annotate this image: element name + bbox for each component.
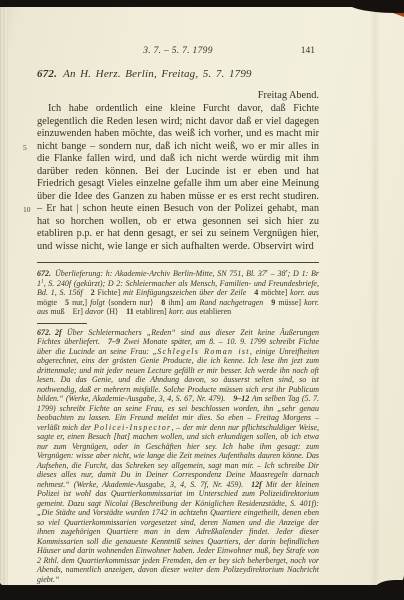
page-number: 141 bbox=[301, 46, 315, 56]
running-header: 3. 7. – 5. 7. 1799 141 bbox=[37, 46, 319, 59]
margin-line-number: 10 bbox=[12, 204, 31, 217]
letter-title: An H. Herz. Berlin, Freitag, 5. 7. 1799 bbox=[63, 68, 252, 80]
page-crease bbox=[370, 7, 380, 585]
page-edge-stack bbox=[0, 7, 8, 585]
letter-number: 672. bbox=[37, 68, 57, 80]
text-block: 3. 7. – 5. 7. 1799 141 672.An H. Herz. B… bbox=[37, 46, 319, 584]
commentary-apparatus: 672. 2f Über Schleiermachers „Reden“ sin… bbox=[37, 328, 319, 585]
letter-body-paragraph: 5 10 Ich habe ordentlich eine kleine Fur… bbox=[37, 103, 319, 253]
header-date-range: 3. 7. – 5. 7. 1799 bbox=[37, 46, 319, 56]
commentary-separator-rule bbox=[37, 323, 87, 324]
letter-dateline: Freitag Abend. bbox=[37, 90, 319, 101]
apparatus-separator-rule bbox=[37, 262, 319, 263]
letter-heading: 672.An H. Herz. Berlin, Freitag, 5. 7. 1… bbox=[37, 68, 319, 80]
margin-line-number: 5 bbox=[12, 142, 27, 155]
text-apparatus: 672. Überlieferung: h: Akademie-Archiv B… bbox=[37, 269, 319, 317]
letter-body-text: Ich habe ordentlich eine kleine Furcht d… bbox=[37, 103, 319, 252]
